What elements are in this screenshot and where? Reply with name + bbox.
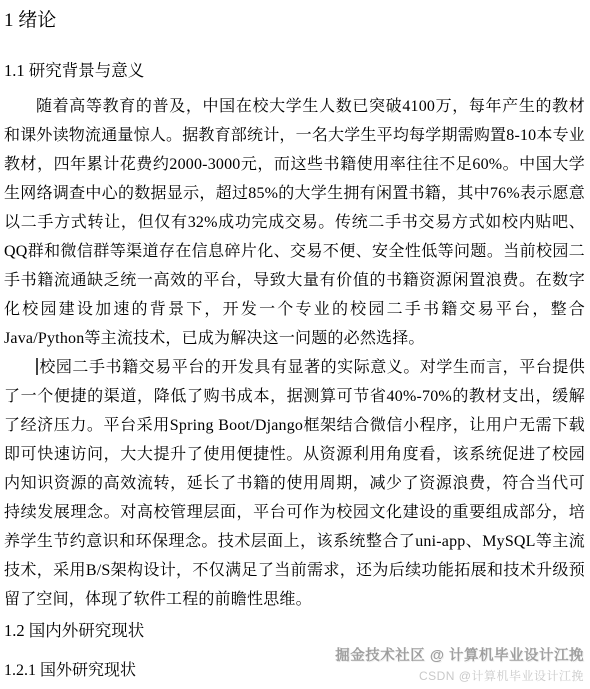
watermark-juejin: 掘金技术社区 @ 计算机毕业设计江挽 (335, 644, 584, 665)
watermark: 掘金技术社区 @ 计算机毕业设计江挽 CSDN @计算机毕业设计江挽 (335, 644, 584, 684)
document-page: 1 绪论 1.1 研究背景与意义 随着高等教育的普及，中国在校大学生人数已突破4… (0, 0, 590, 689)
text-cursor-icon (36, 358, 38, 375)
paragraph-significance-text: 校园二手书籍交易平台的开发具有显著的实际意义。对学生而言，平台提供了一个便捷的渠… (4, 359, 585, 608)
section-heading-1-1: 1.1 研究背景与意义 (4, 60, 585, 81)
section-heading-1-2: 1.2 国内外研究现状 (4, 620, 585, 641)
chapter-heading: 1 绪论 (4, 9, 585, 33)
paragraph-significance: 校园二手书籍交易平台的开发具有显著的实际意义。对学生而言，平台提供了一个便捷的渠… (4, 353, 585, 614)
document-body: 1 绪论 1.1 研究背景与意义 随着高等教育的普及，中国在校大学生人数已突破4… (0, 9, 590, 681)
paragraph-background: 随着高等教育的普及，中国在校大学生人数已突破4100万，每年产生的教材和课外读物… (4, 92, 585, 353)
watermark-csdn: CSDN @计算机毕业设计江挽 (335, 667, 584, 684)
